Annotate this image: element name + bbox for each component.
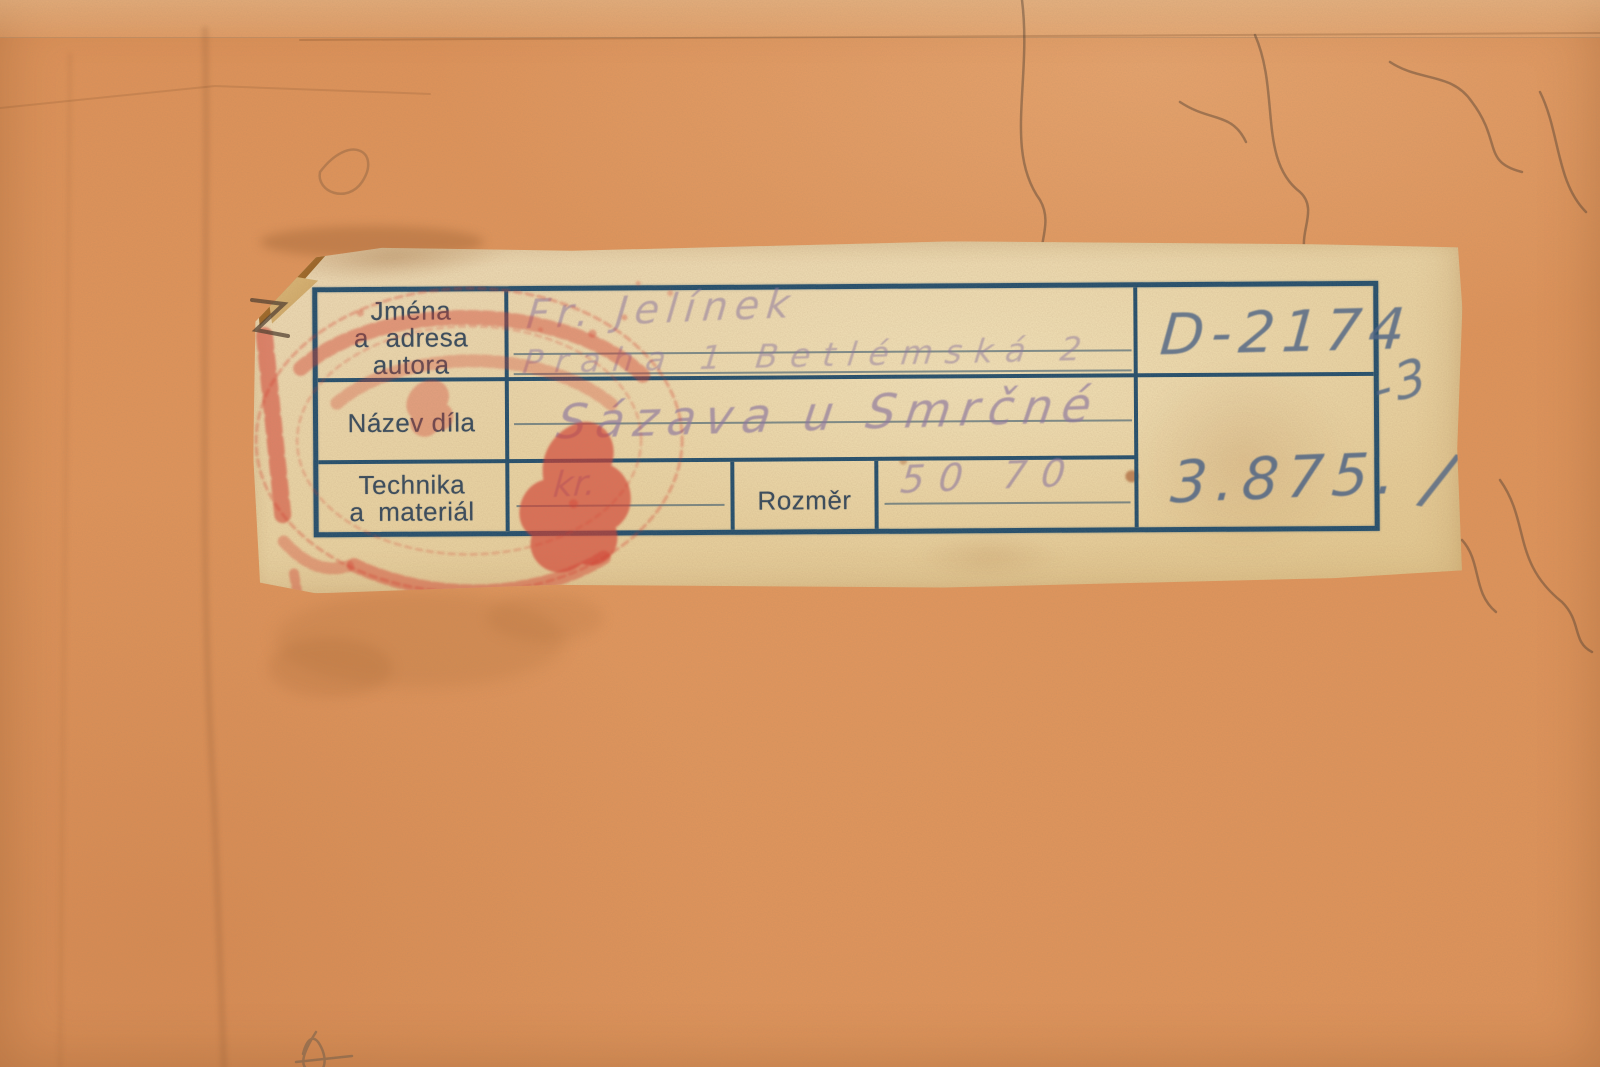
photo-artwork-back: Jména a adresa autora Název díla Technik…: [0, 0, 1600, 1067]
handwriting-price-slash: /: [1419, 436, 1459, 521]
inventory-label: Jména a adresa autora Název díla Technik…: [252, 238, 1464, 593]
form-cell-divider: [874, 461, 878, 529]
writing-line: [885, 501, 1131, 505]
handwriting-dimensions: 50 70: [899, 450, 1082, 502]
label-stain: [914, 531, 1064, 582]
handwriting-inventory-number: D-2174: [1158, 296, 1415, 368]
field-dimensions-label: Rozměr: [734, 487, 874, 515]
red-ink-stamp: [240, 271, 722, 614]
form-column-divider: [1133, 287, 1138, 527]
handwriting-price: 3.875.: [1169, 438, 1406, 516]
